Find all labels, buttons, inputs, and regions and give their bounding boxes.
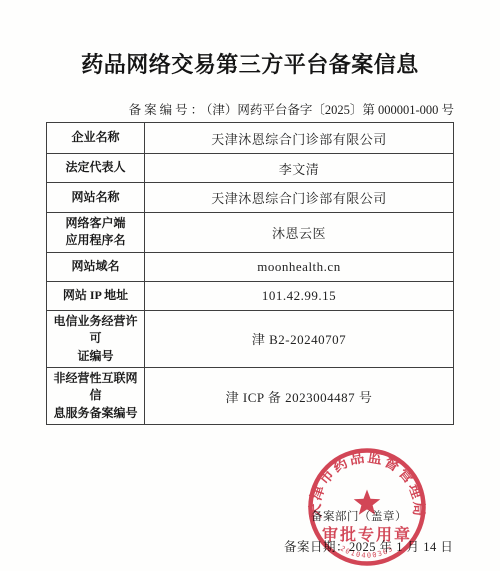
row-label: 网络客户端 应用程序名 <box>47 213 145 253</box>
row-label: 法定代表人 <box>47 154 145 183</box>
table-row: 企业名称 天津沐恩综合门诊部有限公司 <box>47 123 454 154</box>
row-value: 李文清 <box>145 154 454 183</box>
document-page: 药品网络交易第三方平台备案信息 备案编号：（津）网药平台备字〔2025〕第 00… <box>0 0 500 571</box>
row-label: 网站名称 <box>47 183 145 213</box>
seal-caption-text: 审批专用章 <box>322 525 412 544</box>
row-value: moonhealth.cn <box>145 252 454 281</box>
filing-number-label: 备案编号： <box>129 103 207 117</box>
page-title: 药品网络交易第三方平台备案信息 <box>0 48 500 79</box>
info-table: 企业名称 天津沐恩综合门诊部有限公司 法定代表人 李文清 网站名称 天津沐恩综合… <box>46 122 454 425</box>
row-label: 非经营性互联网信 息服务备案编号 <box>47 367 145 424</box>
row-value: 津 ICP 备 2023004487 号 <box>145 367 454 424</box>
table-row: 网站域名 moonhealth.cn <box>47 252 454 281</box>
official-seal-stamp: 天津市药品监督管理局 审批专用章 2010400363 <box>305 445 429 569</box>
table-row: 电信业务经营许可 证编号 津 B2-20240707 <box>47 310 454 367</box>
table-row: 非经营性互联网信 息服务备案编号 津 ICP 备 2023004487 号 <box>47 367 454 424</box>
table-row: 法定代表人 李文清 <box>47 154 454 183</box>
seal-serial-number: 2010400363 <box>339 544 395 559</box>
row-value: 天津沐恩综合门诊部有限公司 <box>145 123 454 154</box>
row-value: 天津沐恩综合门诊部有限公司 <box>145 183 454 213</box>
seal-star-icon <box>354 490 381 515</box>
table-row: 网络客户端 应用程序名 沐恩云医 <box>47 213 454 253</box>
row-value: 101.42.99.15 <box>145 281 454 310</box>
filing-number: 备案编号：（津）网药平台备字〔2025〕第 000001-000 号 <box>0 100 454 118</box>
row-value: 沐恩云医 <box>145 213 454 253</box>
filing-number-value: （津）网药平台备字〔2025〕第 000001-000 号 <box>206 103 454 117</box>
row-label: 企业名称 <box>47 123 145 154</box>
table-row: 网站 IP 地址 101.42.99.15 <box>47 281 454 310</box>
row-value: 津 B2-20240707 <box>145 310 454 367</box>
table-row: 网站名称 天津沐恩综合门诊部有限公司 <box>47 183 454 213</box>
row-label: 网站 IP 地址 <box>47 281 145 310</box>
row-label: 电信业务经营许可 证编号 <box>47 310 145 367</box>
row-label: 网站域名 <box>47 252 145 281</box>
